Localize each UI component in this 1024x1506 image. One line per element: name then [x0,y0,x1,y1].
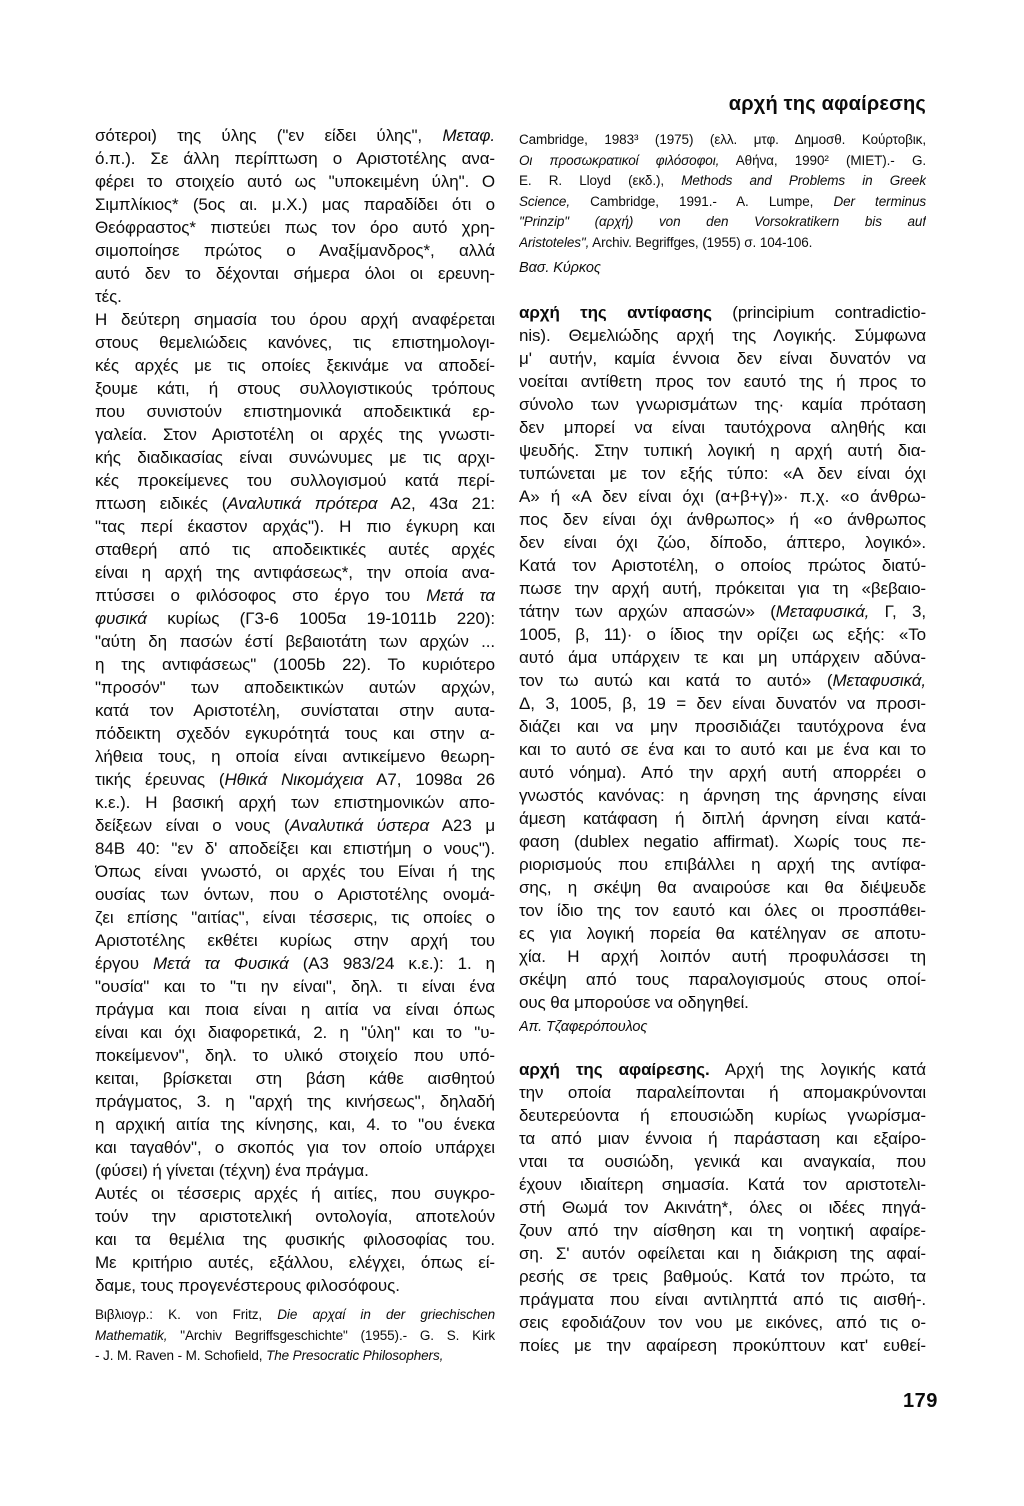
text-line: τικής έρευνας (Ηθικά Νικομάχεια Α7, 1098… [95,768,495,791]
page-number: 179 [903,1390,937,1413]
text-line: αυτό δεν το δέχονται σήμερα όλοι οι ερευ… [95,262,495,285]
text-line: "αύτη δη πασών έστί βεβαιοτάτη των αρχών… [95,630,495,653]
text-line: "προσόν" των αποδεικτικών αυτών αρχών, [95,676,495,699]
text-line: άμεση κατάφαση ή διπλή άρνηση είναι κατά… [519,807,926,830]
text-line: Αριστοτέλης εκθέτει κυρίως στην αρχή του [95,929,495,952]
text-line: στή Θωμά τον Ακινάτη*, όλες οι ιδέες πηγ… [519,1196,926,1219]
text-line: τυπώνεται με τον εξής τύπο: «Α δεν είναι… [519,462,926,485]
text-line: Δ, 3, 1005, β, 19 = δεν είναι δυνατόν να… [519,692,926,715]
text-line: δεν είναι όχι ζώο, δίποδο, άπτερο, λογικ… [519,531,926,554]
text-line: ζουν από την αίσθηση και τη νοητική αφαί… [519,1219,926,1242]
text-line: πόδεικτη σχεδόν εγκυρότητά τους και στην… [95,722,495,745]
text-line: που συνιστούν επιστημονικά αποδεικτικά ε… [95,400,495,423]
text-line: Α» ή «Α δεν είναι όχι (α+β+γ)»· π.χ. «ο … [519,485,926,508]
text-line: Βιβλιογρ.: K. von Fritz, Die αρχαί in de… [95,1305,495,1326]
dictionary-page: αρχή της αφαίρεσης σότεροι) της ύλης ("ε… [0,0,1024,1506]
text-line: πράγμα και ποια είναι η αιτία να είναι ό… [95,998,495,1021]
text-line: "ουσία" και το "τι ην είναι", δηλ. τι εί… [95,975,495,998]
text-line: στους θεμελιώδεις κανόνες, τις επιστημολ… [95,331,495,354]
text-line: Με κριτήριο αυτές, εξάλλου, ελέγχει, όπω… [95,1251,495,1274]
text-line: Θεόφραστος* πιστεύει πως τον όρο αυτό χρ… [95,216,495,239]
text-line: τον ίδιο της τον εαυτό και όλες οι προσπ… [519,899,926,922]
text-line: ουσίας των όντων, που ο Αριστοτέλης ονομ… [95,883,495,906]
text-line: σύνολο των γνωρισμάτων της· καμία πρότασ… [519,393,926,416]
text-line: σότεροι) της ύλης ("εν είδει ύλης", Μετα… [95,124,495,147]
text-line: ποίες με την αφαίρεση προκύπτουν κατ' ευ… [519,1334,926,1357]
text-line: ό.π.). Σε άλλη περίπτωση ο Αριστοτέλης α… [95,147,495,170]
text-line: είναι η αρχή της αντιφάσεως*, την οποία … [95,561,495,584]
text-line: είναι και όχι διαφορετικά, 2. η "ύλη" κα… [95,1021,495,1044]
text-line: τον τω αυτώ και κατά το αυτό» (Μεταφυσικ… [519,669,926,692]
text-line: ριορισμούς που επιβάλλει η αρχή της αντί… [519,853,926,876]
text-line: έργου Μετά τα Φυσικά (Α3 983/24 κ.ε.): 1… [95,952,495,975]
text-line: ξουμε κάτι, ή στους συλλογιστικούς τρόπο… [95,377,495,400]
text-line: κές προκείμενες του συλλογισμού κατά περ… [95,469,495,492]
text-line: σιμοποίησε πρώτος ο Αναξίμανδρος*, αλλά [95,239,495,262]
text-line: κειται, βρίσκεται στη βάση κάθε αισθητού [95,1067,495,1090]
text-line: αρχή της αντίφασης (principium contradic… [519,301,926,324]
text-line: - J. M. Raven - M. Schofield, The Presoc… [95,1346,495,1367]
text-line: Aristoteles", Archiv. Begriffges, (1955)… [519,233,926,254]
text-line: μ' αυτήν, καμία έννοια δεν είναι δυνατόν… [519,347,926,370]
text-line: Οι προσωκρατικοί φιλόσοφοι, Αθήνα, 1990²… [519,151,926,172]
text-line: τούν την αριστοτελική οντολογία, αποτελο… [95,1205,495,1228]
text-line: Σιμπλίκιος* (5ος αι. μ.Χ.) μας παραδίδει… [95,193,495,216]
text-line: γαλεία. Στον Αριστοτέλη οι αρχές της γνω… [95,423,495,446]
text-line: Όπως είναι γνωστό, οι αρχές του Είναι ή … [95,860,495,883]
text-line: 1005, β, 11)· ο ίδιος την ορίζει ως εξής… [519,623,926,646]
text-line: χία. Η αρχή λοιπόν αυτή προφυλάσσει τη [519,945,926,968]
text-line: διάζει και να μην προσιδιάζει ταυτόχρονα… [519,715,926,738]
text-line: πτύσσει ο φιλόσοφος στο έργο του Μετά τα [95,584,495,607]
text-line: nis). Θεμελιώδης αρχή της Λογικής. Σύμφω… [519,324,926,347]
text-line: ποκείμενον", δηλ. το υλικό στοιχείο που … [95,1044,495,1067]
text-line: δαμε, τους προγενέστερους φιλοσόφους. [95,1274,495,1297]
text-line: πράγματα που είναι αντιληπτά από τις αισ… [519,1288,926,1311]
text-line: σης, η σκέψη θα αναιρούσε και θα διέψευδ… [519,876,926,899]
text-line: δείξεων είναι ο νους (Αναλυτικά ύστερα Α… [95,814,495,837]
text-line: γνωστός κανόνας: η άρνηση της άρνησης εί… [519,784,926,807]
text-line: E. R. Lloyd (εκδ.), Methods and Problems… [519,171,926,192]
text-line: σεις εφοδιάζουν τον νου με εικόνες, από … [519,1311,926,1334]
text-line: η της αντιφάσεως" (1005b 22). Το κυριότε… [95,653,495,676]
text-line: Αυτές οι τέσσερις αρχές ή αιτίες, που συ… [95,1182,495,1205]
text-line: και τα θεμέλια της φυσικής φιλοσοφίας το… [95,1228,495,1251]
text-line: και ταγαθόν", ο σκοπός για τον οποίο υπά… [95,1136,495,1159]
text-line: τάτην των αρχών απασών» (Μεταφυσικά, Γ, … [519,600,926,623]
spacer [95,1297,495,1305]
text-line: Η δεύτερη σημασία του όρου αρχή αναφέρετ… [95,308,495,331]
text-line: Cambridge, 1983³ (1975) (ελλ. μτφ. Δημοσ… [519,130,926,151]
text-line: σταθερή από τις αποδεικτικές αυτές αρχές [95,538,495,561]
spacer [519,279,926,301]
text-line: Απ. Τζαφερόπουλος [519,1017,926,1038]
text-line: "Prinzip" (αρχή) von den Vorsokratikern … [519,212,926,233]
text-line: ες για λογική πορεία θα κατέληγαν σε απο… [519,922,926,945]
text-line: φαση (dublex negatio affirmat). Χωρίς το… [519,830,926,853]
text-line: ους θα μπορούσε να οδηγηθεί. [519,991,926,1014]
text-line: την οποία παραλείπονται ή απομακρύνονται [519,1081,926,1104]
text-line: (φύσει) ή γίνεται (τέχνη) ένα πράγμα. [95,1159,495,1182]
text-line: και το αυτό σε ένα και το αυτό και με έν… [519,738,926,761]
text-line: 84Β 40: "εν δ' αποδείξει και επιστήμη ο … [95,837,495,860]
text-line: λήθεια τους, η οποία είναι αντικείμενο θ… [95,745,495,768]
text-line: πος δεν είναι όχι άνθρωπος» ή «ο άνθρωπο… [519,508,926,531]
text-line: κατά τον Αριστοτέλη, συνίσταται στην αυτ… [95,699,495,722]
text-line: πτωση ειδικές (Αναλυτικά πρότερα Α2, 43α… [95,492,495,515]
text-line: νοείται αντίθετη προς τον εαυτό της ή πρ… [519,370,926,393]
text-line: ψευδής. Στην τυπική λογική η αρχή αυτή δ… [519,439,926,462]
text-line: η αρχική αιτία της κίνησης, και, 4. το "… [95,1113,495,1136]
text-line: ζει επίσης "αιτίας", είναι τέσσερις, τις… [95,906,495,929]
text-line: νται τα ουσιώδη, γενικά και αναγκαία, πο… [519,1150,926,1173]
text-line: κής διαδικασίας είναι συνώνυμες με τις α… [95,446,495,469]
text-line: αρχή της αφαίρεσης. Αρχή της λογικής κατ… [519,1058,926,1081]
text-line: κ.ε.). Η βασική αρχή των επιστημονικών α… [95,791,495,814]
text-line: ρεσής σε τρεις βαθμούς. Κατά τον πρώτο, … [519,1265,926,1288]
text-line: Κατά τον Αριστοτέλη, ο οποίος πρώτος δια… [519,554,926,577]
text-line: Mathematik, "Archiv Begriffsgeschichte" … [95,1326,495,1347]
text-line: πωσε την αρχή αυτή, πρόκειται για τη «βε… [519,577,926,600]
text-line: αυτό άμα υπάρχειν τε και μη υπάρχειν αδύ… [519,646,926,669]
text-line: αυτό νόημα). Από την αρχή αυτή απορρέει … [519,761,926,784]
text-line: τα από μιαν έννοια ή παράσταση και εξαίρ… [519,1127,926,1150]
text-line: φυσικά κυρίως (Γ3-6 1005α 19-1011b 220): [95,607,495,630]
text-line: έχουν ιδιαίτερη σημασία. Κατά τον αριστο… [519,1173,926,1196]
text-line: πράγματος, 3. η "αρχή της κινήσεως", δηλ… [95,1090,495,1113]
text-line: δευτερεύοντα ή επουσιώδη κυρίως γνωρίσμα… [519,1104,926,1127]
text-line: "τας περί έκαστον αρχάς"). Η πιο έγκυρη … [95,515,495,538]
running-head: αρχή της αφαίρεσης [519,93,926,116]
text-line: κές αρχές με τις οποίες ξεκινάμε να αποδ… [95,354,495,377]
text-line: ση. Σ' αυτόν οφείλεται και η διάκριση τη… [519,1242,926,1265]
left-column: σότεροι) της ύλης ("εν είδει ύλης", Μετα… [95,124,495,1367]
text-line: δεν μπορεί να είναι ταυτόχρονα αληθής κα… [519,416,926,439]
text-line: φέρει το στοιχείο αυτό ως "υποκειμένη ύλ… [95,170,495,193]
text-line: Βασ. Κύρκος [519,258,926,279]
text-line: σκέψη από τους παραλογισμούς στους οποί- [519,968,926,991]
text-line: τές. [95,285,495,308]
spacer [519,1038,926,1058]
text-line: Science, Cambridge, 1991.- A. Lumpe, Der… [519,192,926,213]
right-column: Cambridge, 1983³ (1975) (ελλ. μτφ. Δημοσ… [519,130,926,1357]
